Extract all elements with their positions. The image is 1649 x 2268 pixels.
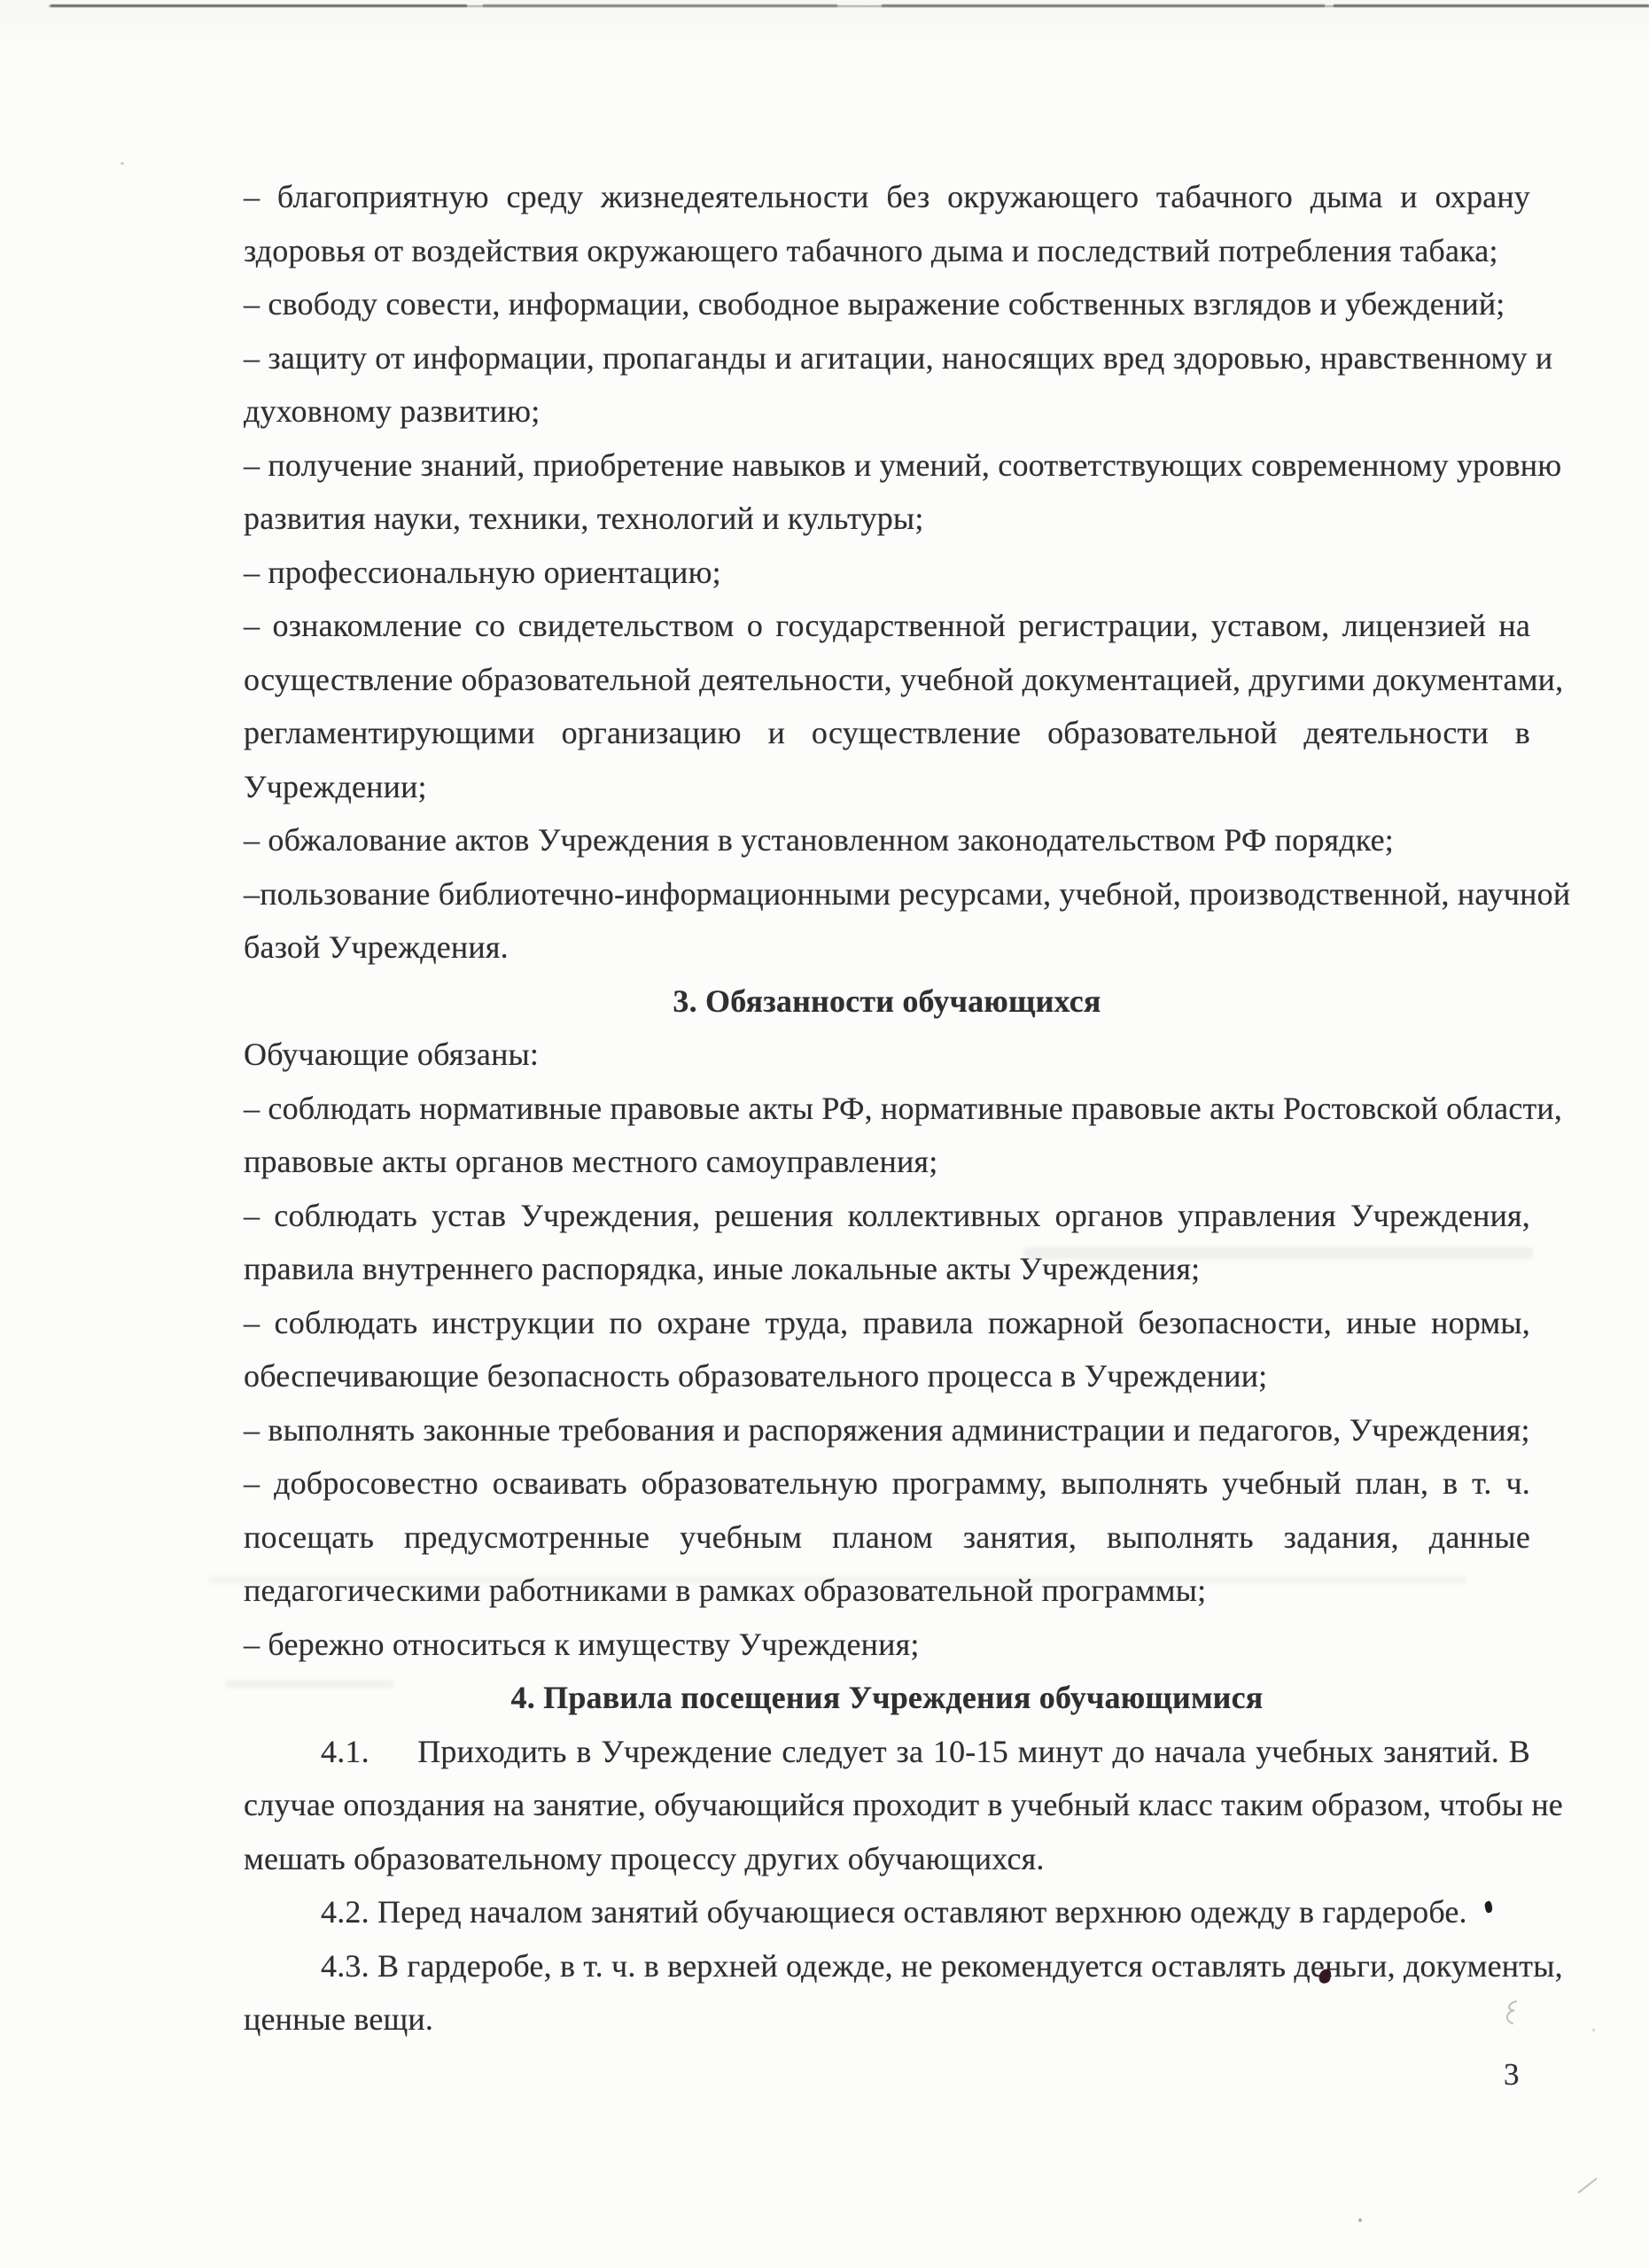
document-line: – соблюдать нормативные правовые акты РФ… xyxy=(244,1082,1530,1136)
scan-speck xyxy=(1592,2029,1595,2031)
document-line: здоровья от воздействия окружающего таба… xyxy=(244,224,1530,278)
document-line: – обжалование актов Учреждения в установ… xyxy=(244,813,1530,867)
document-text-block: – благоприятную среду жизнедеятельности … xyxy=(244,170,1530,2047)
document-line: – добросовестно осваивать образовательну… xyxy=(244,1456,1530,1511)
document-line: – соблюдать инструкции по охране труда, … xyxy=(244,1296,1530,1350)
document-line: – благоприятную среду жизнедеятельности … xyxy=(244,170,1530,224)
document-line: ценные вещи. xyxy=(244,1992,1530,2047)
document-line: Обучающие обязаны: xyxy=(244,1028,1530,1082)
document-line: – ознакомление со свидетельством о госуд… xyxy=(244,599,1530,653)
document-line: – получение знаний, приобретение навыков… xyxy=(244,439,1530,493)
document-line: педагогическими работниками в рамках обр… xyxy=(244,1564,1530,1618)
section-heading: 3. Обязанности обучающихся xyxy=(244,975,1530,1029)
scan-edge-line-segment xyxy=(882,4,1325,7)
bleed-through-smudge xyxy=(226,1680,394,1689)
bleed-through-smudge xyxy=(1023,1247,1533,1259)
section-heading: 4. Правила посещения Учреждения обучающи… xyxy=(244,1671,1530,1725)
document-page: – благоприятную среду жизнедеятельности … xyxy=(0,0,1649,2268)
page-number: 3 xyxy=(1504,2057,1520,2093)
pencil-squiggle xyxy=(1500,1999,1523,2031)
document-line: развития науки, техники, технологий и ку… xyxy=(244,492,1530,546)
document-line: – бережно относиться к имуществу Учрежде… xyxy=(244,1618,1530,1672)
document-line: мешать образовательному процессу других … xyxy=(244,1832,1530,1886)
document-line: –пользование библиотечно-информационными… xyxy=(244,867,1530,921)
document-line: Учреждении; xyxy=(244,760,1530,814)
document-line: обеспечивающие безопасность образователь… xyxy=(244,1349,1530,1403)
pencil-mark xyxy=(1577,2178,1598,2194)
document-line: посещать предусмотренные учебным планом … xyxy=(244,1511,1530,1565)
document-line: духовному развитию; xyxy=(244,384,1530,439)
bleed-through-smudge xyxy=(208,1576,1466,1584)
scan-edge-line-segment xyxy=(483,4,837,7)
document-line: – защиту от информации, пропаганды и аги… xyxy=(244,331,1530,385)
document-line: осуществление образовательной деятельнос… xyxy=(244,653,1530,707)
document-line: 4.1. Приходить в Учреждение следует за 1… xyxy=(244,1725,1530,1779)
document-line: – выполнять законные требования и распор… xyxy=(244,1403,1530,1457)
document-line: регламентирующими организацию и осуществ… xyxy=(244,706,1530,760)
scan-edge-line-segment xyxy=(51,4,467,7)
scan-speck xyxy=(1358,2218,1362,2222)
document-line: – свободу совести, информации, свободное… xyxy=(244,277,1530,331)
document-line: базой Учреждения. xyxy=(244,920,1530,975)
scan-edge-line-segment xyxy=(1334,4,1649,7)
document-line: случае опоздания на занятие, обучающийся… xyxy=(244,1778,1530,1832)
scan-speck xyxy=(121,162,124,165)
document-line: правовые акты органов местного самоуправ… xyxy=(244,1135,1530,1189)
document-line: 4.2. Перед началом занятий обучающиеся о… xyxy=(244,1885,1530,1939)
document-line: – профессиональную ориентацию; xyxy=(244,546,1530,600)
document-line: – соблюдать устав Учреждения, решения ко… xyxy=(244,1189,1530,1243)
document-line: 4.3. В гардеробе, в т. ч. в верхней одеж… xyxy=(244,1939,1530,1993)
